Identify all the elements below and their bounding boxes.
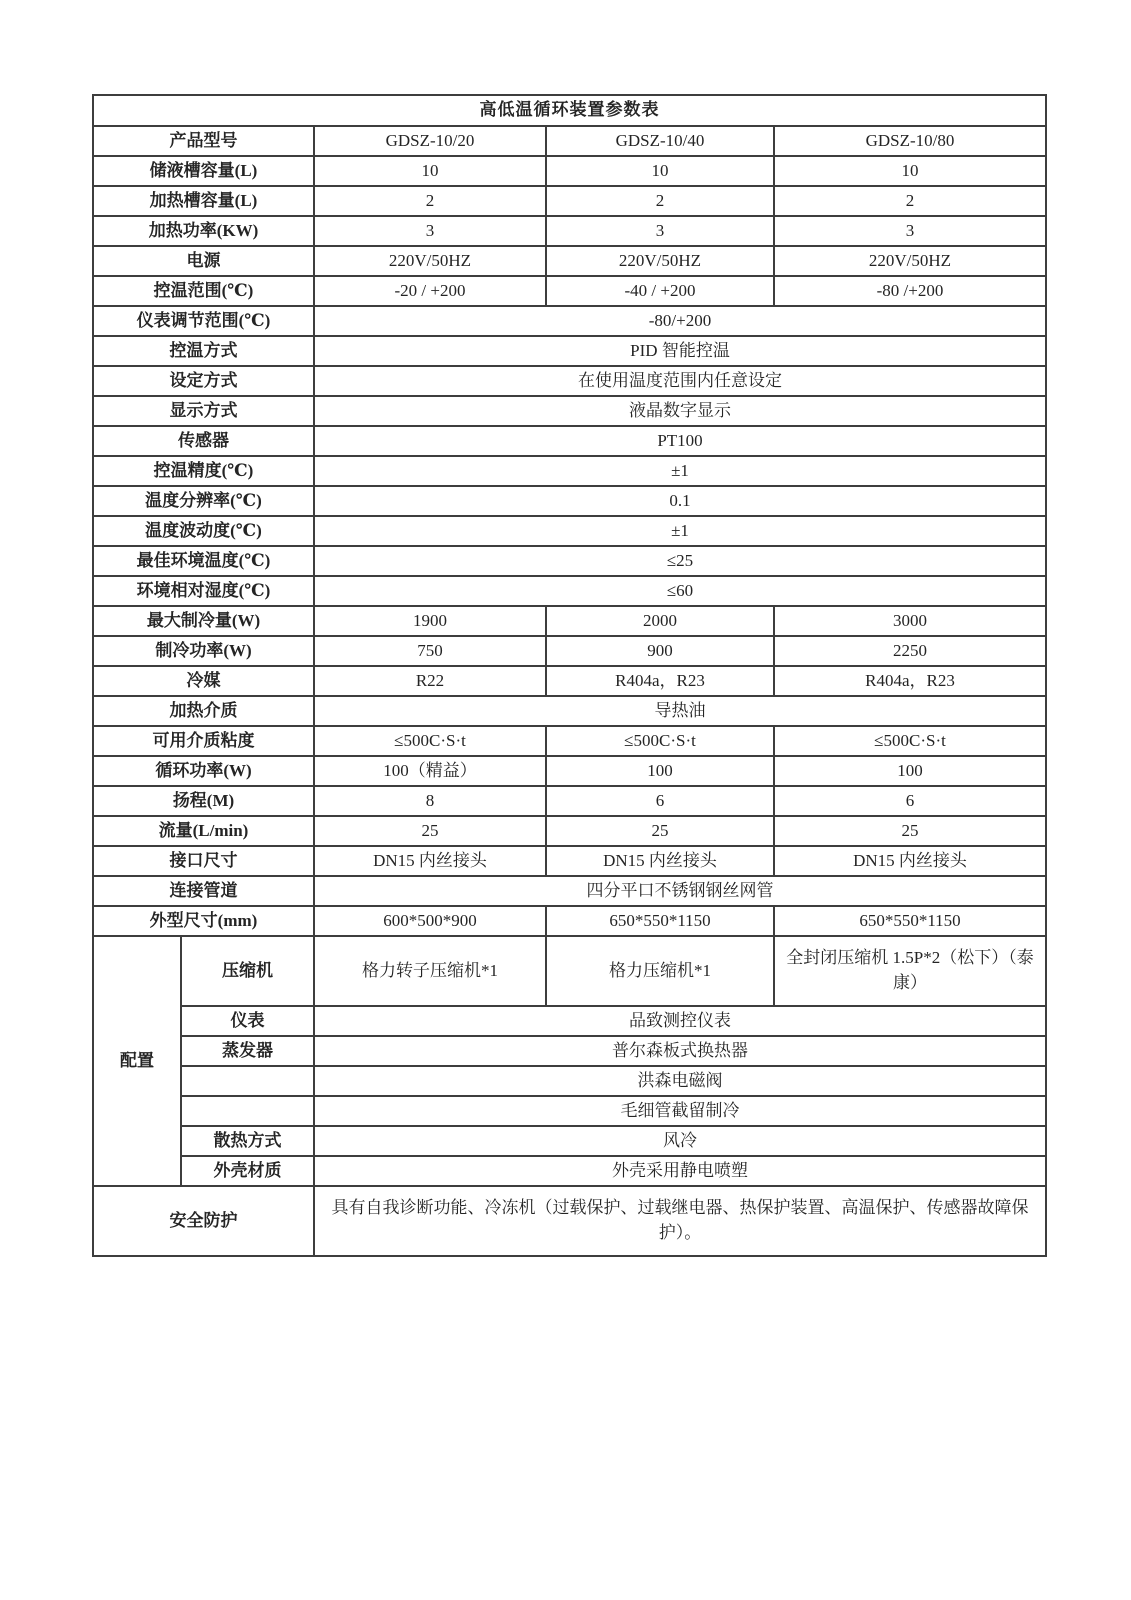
spec-merged-value-cell: -80/+200 [314,306,1046,336]
spec-row-label: 仪表调节范围(℃) [93,306,314,336]
config-value-cell: 格力压缩机*1 [546,936,774,1006]
page-title: 高低温循环装置参数表 [93,95,1046,126]
spec-row-label: 制冷功率(W) [93,636,314,666]
spec-row-label: 设定方式 [93,366,314,396]
spec-merged-value-cell: 导热油 [314,696,1046,726]
config-row: 散热方式风冷 [93,1126,1046,1156]
table-row: 最大制冷量(W)190020003000 [93,606,1046,636]
spec-value-cell: 900 [546,636,774,666]
table-row: 外型尺寸(mm)600*500*900650*550*1150650*550*1… [93,906,1046,936]
table-row: 最佳环境温度(℃)≤25 [93,546,1046,576]
spec-value-cell: ≤500C·S·t [774,726,1046,756]
table-row: 传感器PT100 [93,426,1046,456]
spec-value-cell: 8 [314,786,546,816]
config-merged-value-cell: 毛细管截留制冷 [314,1096,1046,1126]
config-value-cell: 全封闭压缩机 1.5P*2（松下）（泰康） [774,936,1046,1006]
config-sublabel: 散热方式 [181,1126,314,1156]
spec-value-cell: 10 [314,156,546,186]
spec-row-label: 接口尺寸 [93,846,314,876]
spec-row-label: 最佳环境温度(℃) [93,546,314,576]
table-row: 控温精度(℃)±1 [93,456,1046,486]
table-row: 显示方式液晶数字显示 [93,396,1046,426]
spec-merged-value-cell: ±1 [314,516,1046,546]
table-row: 可用介质粘度≤500C·S·t≤500C·S·t≤500C·S·t [93,726,1046,756]
config-row: 仪表品致测控仪表 [93,1006,1046,1036]
spec-value-cell: 220V/50HZ [774,246,1046,276]
spec-value-cell: 2250 [774,636,1046,666]
spec-value-cell: 100（精益） [314,756,546,786]
config-row: 洪森电磁阀 [93,1066,1046,1096]
table-row: 温度波动度(℃)±1 [93,516,1046,546]
config-value-cell: 格力转子压缩机*1 [314,936,546,1006]
spec-row-label: 连接管道 [93,876,314,906]
safety-value: 具有自我诊断功能、冷冻机（过载保护、过载继电器、热保护装置、高温保护、传感器故障… [314,1186,1046,1256]
spec-row-label: 加热功率(KW) [93,216,314,246]
safety-row: 安全防护具有自我诊断功能、冷冻机（过载保护、过载继电器、热保护装置、高温保护、传… [93,1186,1046,1256]
spec-value-cell: GDSZ-10/80 [774,126,1046,156]
spec-row-label: 电源 [93,246,314,276]
config-merged-value-cell: 外壳采用静电喷塑 [314,1156,1046,1186]
spec-value-cell: 2 [774,186,1046,216]
spec-value-cell: ≤500C·S·t [314,726,546,756]
spec-value-cell: 1900 [314,606,546,636]
table-row: 电源220V/50HZ220V/50HZ220V/50HZ [93,246,1046,276]
spec-value-cell: 750 [314,636,546,666]
table-row: 循环功率(W)100（精益）100100 [93,756,1046,786]
spec-value-cell: 2000 [546,606,774,636]
spec-merged-value-cell: PT100 [314,426,1046,456]
table-row: 环境相对湿度(℃)≤60 [93,576,1046,606]
config-sublabel: 仪表 [181,1006,314,1036]
table-row: 冷媒R22R404a，R23R404a，R23 [93,666,1046,696]
table-row: 温度分辨率(℃)0.1 [93,486,1046,516]
spec-merged-value-cell: ±1 [314,456,1046,486]
config-row: 毛细管截留制冷 [93,1096,1046,1126]
table-row: 加热功率(KW)333 [93,216,1046,246]
config-sublabel: 压缩机 [181,936,314,1006]
spec-value-cell: 25 [314,816,546,846]
spec-value-cell: GDSZ-10/40 [546,126,774,156]
table-row: 连接管道四分平口不锈钢钢丝网管 [93,876,1046,906]
table-row: 产品型号GDSZ-10/20GDSZ-10/40GDSZ-10/80 [93,126,1046,156]
spec-merged-value-cell: 在使用温度范围内任意设定 [314,366,1046,396]
spec-merged-value-cell: 液晶数字显示 [314,396,1046,426]
spec-row-label: 循环功率(W) [93,756,314,786]
spec-merged-value-cell: 0.1 [314,486,1046,516]
spec-row-label: 显示方式 [93,396,314,426]
table-row: 设定方式在使用温度范围内任意设定 [93,366,1046,396]
table-row: 控温范围(℃)-20 / +200-40 / +200-80 /+200 [93,276,1046,306]
spec-value-cell: 25 [774,816,1046,846]
config-merged-value-cell: 普尔森板式换热器 [314,1036,1046,1066]
spec-row-label: 储液槽容量(L) [93,156,314,186]
spec-row-label: 冷媒 [93,666,314,696]
table-row: 制冷功率(W)7509002250 [93,636,1046,666]
spec-value-cell: -20 / +200 [314,276,546,306]
spec-table: 高低温循环装置参数表 产品型号GDSZ-10/20GDSZ-10/40GDSZ-… [92,94,1047,1257]
spec-value-cell: 3 [546,216,774,246]
spec-value-cell: 220V/50HZ [546,246,774,276]
config-sublabel: 蒸发器 [181,1036,314,1066]
spec-row-label: 扬程(M) [93,786,314,816]
spec-value-cell: 10 [774,156,1046,186]
table-row: 控温方式PID 智能控温 [93,336,1046,366]
config-section-label: 配置 [93,936,181,1186]
spec-value-cell: 650*550*1150 [546,906,774,936]
spec-value-cell: ≤500C·S·t [546,726,774,756]
spec-value-cell: R404a，R23 [774,666,1046,696]
spec-value-cell: R404a，R23 [546,666,774,696]
table-title-row: 高低温循环装置参数表 [93,95,1046,126]
spec-row-label: 控温范围(℃) [93,276,314,306]
spec-value-cell: 2 [314,186,546,216]
spec-row-label: 产品型号 [93,126,314,156]
spec-row-label: 温度分辨率(℃) [93,486,314,516]
spec-value-cell: DN15 内丝接头 [774,846,1046,876]
config-merged-value-cell: 品致测控仪表 [314,1006,1046,1036]
spec-value-cell: -40 / +200 [546,276,774,306]
spec-value-cell: 2 [546,186,774,216]
spec-value-cell: 100 [546,756,774,786]
spec-row-label: 最大制冷量(W) [93,606,314,636]
spec-row-label: 控温方式 [93,336,314,366]
spec-row-label: 环境相对湿度(℃) [93,576,314,606]
spec-table-body: 产品型号GDSZ-10/20GDSZ-10/40GDSZ-10/80储液槽容量(… [93,126,1046,1256]
spec-value-cell: 6 [546,786,774,816]
spec-value-cell: R22 [314,666,546,696]
table-row: 加热槽容量(L)222 [93,186,1046,216]
spec-value-cell: GDSZ-10/20 [314,126,546,156]
spec-value-cell: 10 [546,156,774,186]
spec-row-label: 温度波动度(℃) [93,516,314,546]
spec-value-cell: 600*500*900 [314,906,546,936]
spec-row-label: 流量(L/min) [93,816,314,846]
spec-row-label: 加热槽容量(L) [93,186,314,216]
spec-row-label: 外型尺寸(mm) [93,906,314,936]
table-row: 加热介质导热油 [93,696,1046,726]
spec-value-cell: 220V/50HZ [314,246,546,276]
table-row: 扬程(M)866 [93,786,1046,816]
table-row: 仪表调节范围(℃)-80/+200 [93,306,1046,336]
config-merged-value-cell: 风冷 [314,1126,1046,1156]
spec-row-label: 传感器 [93,426,314,456]
config-row: 配置压缩机格力转子压缩机*1格力压缩机*1全封闭压缩机 1.5P*2（松下）（泰… [93,936,1046,1006]
spec-value-cell: 25 [546,816,774,846]
table-row: 接口尺寸DN15 内丝接头DN15 内丝接头DN15 内丝接头 [93,846,1046,876]
spec-merged-value-cell: PID 智能控温 [314,336,1046,366]
spec-value-cell: 100 [774,756,1046,786]
spec-row-label: 可用介质粘度 [93,726,314,756]
table-row: 储液槽容量(L)101010 [93,156,1046,186]
spec-value-cell: -80 /+200 [774,276,1046,306]
spec-merged-value-cell: ≤25 [314,546,1046,576]
spec-merged-value-cell: ≤60 [314,576,1046,606]
spec-value-cell: 3 [314,216,546,246]
spec-value-cell: 6 [774,786,1046,816]
spec-value-cell: 3 [774,216,1046,246]
spec-merged-value-cell: 四分平口不锈钢钢丝网管 [314,876,1046,906]
spec-row-label: 加热介质 [93,696,314,726]
config-sublabel: 外壳材质 [181,1156,314,1186]
spec-value-cell: 650*550*1150 [774,906,1046,936]
config-row: 蒸发器普尔森板式换热器 [93,1036,1046,1066]
config-sublabel [181,1096,314,1126]
spec-value-cell: DN15 内丝接头 [314,846,546,876]
spec-value-cell: DN15 内丝接头 [546,846,774,876]
config-merged-value-cell: 洪森电磁阀 [314,1066,1046,1096]
config-row: 外壳材质外壳采用静电喷塑 [93,1156,1046,1186]
config-sublabel [181,1066,314,1096]
document-page: 高低温循环装置参数表 产品型号GDSZ-10/20GDSZ-10/40GDSZ-… [0,0,1131,1600]
table-row: 流量(L/min)252525 [93,816,1046,846]
spec-value-cell: 3000 [774,606,1046,636]
spec-row-label: 控温精度(℃) [93,456,314,486]
safety-label: 安全防护 [93,1186,314,1256]
